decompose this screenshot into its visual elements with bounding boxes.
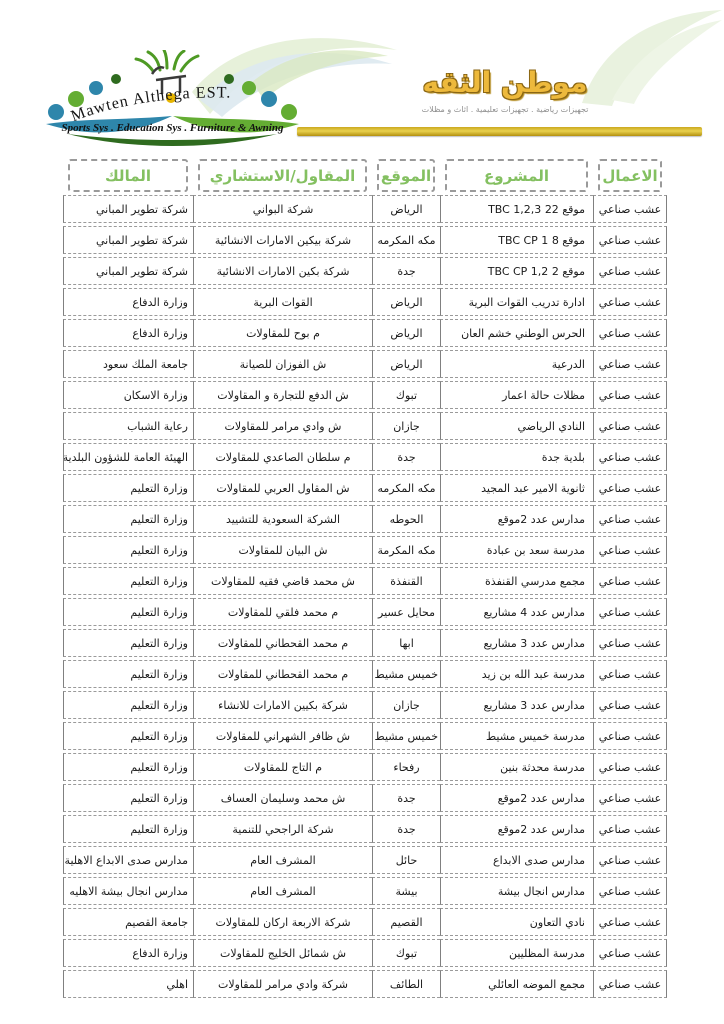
table-row: عشب صناعيادارة تدريب القوات البريةالرياض… bbox=[63, 288, 667, 316]
cell-location: تبوك bbox=[372, 381, 440, 409]
cell-project: مظلات حالة اعمار bbox=[440, 381, 593, 409]
cell-project: مدرسة المظليين bbox=[440, 939, 593, 967]
cell-owner: وزارة التعليم bbox=[63, 536, 193, 564]
cell-project: نادي التعاون bbox=[440, 908, 593, 936]
cell-works: عشب صناعي bbox=[593, 381, 667, 409]
table-row: عشب صناعيموقع 22 TBC 1,2,3الرياضشركة الب… bbox=[63, 195, 667, 223]
cell-owner: وزارة التعليم bbox=[63, 722, 193, 750]
cell-owner: وزارة الدفاع bbox=[63, 288, 193, 316]
table-row: عشب صناعيمجمع الموضه العائليالطائفشركة و… bbox=[63, 970, 667, 998]
cell-contractor: ش الدفع للتجارة و المقاولات bbox=[193, 381, 372, 409]
table-row: عشب صناعيموقع 8 TBC CP 1مكه المكرمهشركة … bbox=[63, 226, 667, 254]
cell-owner: شركة تطوير المباني bbox=[63, 226, 193, 254]
cell-contractor: القوات البرية bbox=[193, 288, 372, 316]
cell-location: خميس مشيط bbox=[372, 722, 440, 750]
table-row: عشب صناعيمدارس انجال بيشةبيشةالمشرف العا… bbox=[63, 877, 667, 905]
cell-owner: وزارة الدفاع bbox=[63, 319, 193, 347]
cell-owner: وزارة الاسكان bbox=[63, 381, 193, 409]
cell-project: مدرسة محدثة بنين bbox=[440, 753, 593, 781]
col-header-owner: المالك bbox=[63, 159, 193, 192]
table-row: عشب صناعيبلدية جدةجدةم سلطان الصاعدي للم… bbox=[63, 443, 667, 471]
cell-location: الطائف bbox=[372, 970, 440, 998]
cell-works: عشب صناعي bbox=[593, 319, 667, 347]
cell-works: عشب صناعي bbox=[593, 598, 667, 626]
cell-location: حائل bbox=[372, 846, 440, 874]
col-header-contractor: المقاول/الاستشاري bbox=[193, 159, 372, 192]
cell-project: مدارس عدد 3 مشاريع bbox=[440, 629, 593, 657]
table-row: عشب صناعيمدرسة المظليينتبوكش شمائل الخلي… bbox=[63, 939, 667, 967]
cell-contractor: ش محمد قاضي فقيه للمقاولات bbox=[193, 567, 372, 595]
table-row: عشب صناعيمدرسة خميس مشيطخميس مشيطش ظافر … bbox=[63, 722, 667, 750]
cell-owner: جامعة الملك سعود bbox=[63, 350, 193, 378]
cell-contractor: المشرف العام bbox=[193, 877, 372, 905]
cell-works: عشب صناعي bbox=[593, 629, 667, 657]
cell-contractor: ش وادي مرامر للمقاولات bbox=[193, 412, 372, 440]
cell-contractor: ش محمد وسليمان العساف bbox=[193, 784, 372, 812]
cell-owner: وزارة التعليم bbox=[63, 784, 193, 812]
cell-project: مدارس انجال بيشة bbox=[440, 877, 593, 905]
projects-table: الاعمال المشروع الموقع المقاول/الاستشاري… bbox=[63, 156, 667, 1001]
cell-owner: وزارة التعليم bbox=[63, 474, 193, 502]
cell-works: عشب صناعي bbox=[593, 846, 667, 874]
cell-owner: وزارة الدفاع bbox=[63, 939, 193, 967]
cell-owner: الهيئة العامة للشؤون البلدية bbox=[63, 443, 193, 471]
table-row: عشب صناعيمدارس عدد 2موقعجدةش محمد وسليما… bbox=[63, 784, 667, 812]
cell-location: مكه المكرمه bbox=[372, 226, 440, 254]
cell-contractor: م محمد القحطاني للمقاولات bbox=[193, 629, 372, 657]
cell-location: جازان bbox=[372, 412, 440, 440]
cell-works: عشب صناعي bbox=[593, 288, 667, 316]
cell-location: الرياض bbox=[372, 350, 440, 378]
cell-contractor: شركة الاربعة اركان للمقاولات bbox=[193, 908, 372, 936]
cell-owner: وزارة التعليم bbox=[63, 567, 193, 595]
cell-project: مدارس عدد 3 مشاريع bbox=[440, 691, 593, 719]
cell-works: عشب صناعي bbox=[593, 474, 667, 502]
cell-owner: مدارس انجال بيشة الاهليه bbox=[63, 877, 193, 905]
cell-project: مدرسة سعد بن عبادة bbox=[440, 536, 593, 564]
cell-owner: اهلي bbox=[63, 970, 193, 998]
cell-project: مجمع الموضه العائلي bbox=[440, 970, 593, 998]
projects-table-body: عشب صناعيموقع 22 TBC 1,2,3الرياضشركة الب… bbox=[63, 195, 667, 998]
cell-location: الرياض bbox=[372, 319, 440, 347]
cell-owner: وزارة التعليم bbox=[63, 629, 193, 657]
cell-location: الرياض bbox=[372, 195, 440, 223]
table-row: عشب صناعينادي التعاونالقصيمشركة الاربعة … bbox=[63, 908, 667, 936]
cell-owner: وزارة التعليم bbox=[63, 660, 193, 688]
cell-contractor: شركة بكيين الامارات للانشاء bbox=[193, 691, 372, 719]
cell-contractor: شركة البواني bbox=[193, 195, 372, 223]
cell-project: الدرعية bbox=[440, 350, 593, 378]
brand-title-ar: موطن الثقه bbox=[330, 66, 680, 99]
cell-works: عشب صناعي bbox=[593, 536, 667, 564]
cell-project: موقع 8 TBC CP 1 bbox=[440, 226, 593, 254]
cell-location: مكه المكرمة bbox=[372, 536, 440, 564]
cell-contractor: م بوح للمقاولات bbox=[193, 319, 372, 347]
cell-works: عشب صناعي bbox=[593, 877, 667, 905]
cell-project: مدارس عدد 2موقع bbox=[440, 815, 593, 843]
cell-contractor: ش شمائل الخليج للمقاولات bbox=[193, 939, 372, 967]
col-header-location: الموقع bbox=[372, 159, 440, 192]
table-row: عشب صناعيمظلات حالة اعمارتبوكش الدفع للت… bbox=[63, 381, 667, 409]
cell-project: بلدية جدة bbox=[440, 443, 593, 471]
cell-contractor: م محمد فلقي للمقاولات bbox=[193, 598, 372, 626]
cell-project: موقع 2 TBC CP 1,2 bbox=[440, 257, 593, 285]
cell-contractor: المشرف العام bbox=[193, 846, 372, 874]
cell-works: عشب صناعي bbox=[593, 567, 667, 595]
table-row: عشب صناعيمدارس صدى الابداعحائلالمشرف الع… bbox=[63, 846, 667, 874]
cell-contractor: ش البيان للمقاولات bbox=[193, 536, 372, 564]
cell-owner: شركة تطوير المباني bbox=[63, 195, 193, 223]
brand-subtitle-ar: تجهيزات رياضية . تجهيزات تعليمية . اثاث … bbox=[330, 105, 680, 114]
col-header-works: الاعمال bbox=[593, 159, 667, 192]
cell-contractor: شركة وادي مرامر للمقاولات bbox=[193, 970, 372, 998]
cell-location: القنفذة bbox=[372, 567, 440, 595]
logo-graphic-icon: Mawten Althega EST. bbox=[40, 50, 305, 150]
cell-location: محايل عسير bbox=[372, 598, 440, 626]
cell-owner: مدارس صدى الابداع الاهلية bbox=[63, 846, 193, 874]
cell-works: عشب صناعي bbox=[593, 753, 667, 781]
cell-works: عشب صناعي bbox=[593, 691, 667, 719]
cell-project: موقع 22 TBC 1,2,3 bbox=[440, 195, 593, 223]
cell-owner: وزارة التعليم bbox=[63, 815, 193, 843]
cell-owner: وزارة التعليم bbox=[63, 598, 193, 626]
cell-project: مدارس صدى الابداع bbox=[440, 846, 593, 874]
cell-works: عشب صناعي bbox=[593, 939, 667, 967]
cell-project: مدارس عدد 2موقع bbox=[440, 784, 593, 812]
cell-works: عشب صناعي bbox=[593, 226, 667, 254]
cell-owner: رعاية الشباب bbox=[63, 412, 193, 440]
cell-project: ثانوية الامير عبد المجيد bbox=[440, 474, 593, 502]
cell-works: عشب صناعي bbox=[593, 970, 667, 998]
cell-project: مدارس عدد 4 مشاريع bbox=[440, 598, 593, 626]
table-row: عشب صناعيمدرسة محدثة بنينرفحاءم التاج لل… bbox=[63, 753, 667, 781]
cell-works: عشب صناعي bbox=[593, 257, 667, 285]
cell-contractor: م سلطان الصاعدي للمقاولات bbox=[193, 443, 372, 471]
col-header-project: المشروع bbox=[440, 159, 593, 192]
cell-project: مدرسة عبد الله بن زيد bbox=[440, 660, 593, 688]
cell-works: عشب صناعي bbox=[593, 660, 667, 688]
cell-owner: شركة تطوير المباني bbox=[63, 257, 193, 285]
cell-contractor: م محمد القحطاني للمقاولات bbox=[193, 660, 372, 688]
cell-location: جدة bbox=[372, 815, 440, 843]
cell-contractor: شركة الراجحي للتنمية bbox=[193, 815, 372, 843]
table-row: عشب صناعيالنادي الرياضيجازانش وادي مرامر… bbox=[63, 412, 667, 440]
cell-project: النادي الرياضي bbox=[440, 412, 593, 440]
cell-owner: جامعة القصيم bbox=[63, 908, 193, 936]
cell-owner: وزارة التعليم bbox=[63, 691, 193, 719]
cell-works: عشب صناعي bbox=[593, 412, 667, 440]
cell-works: عشب صناعي bbox=[593, 195, 667, 223]
cell-owner: وزارة التعليم bbox=[63, 753, 193, 781]
table-row: عشب صناعيمدارس عدد 3 مشاريعابهام محمد ال… bbox=[63, 629, 667, 657]
cell-works: عشب صناعي bbox=[593, 443, 667, 471]
cell-location: رفحاء bbox=[372, 753, 440, 781]
cell-contractor: ش المقاول العربي للمقاولات bbox=[193, 474, 372, 502]
cell-project: ادارة تدريب القوات البرية bbox=[440, 288, 593, 316]
table-row: عشب صناعيثانوية الامير عبد المجيدمكه الم… bbox=[63, 474, 667, 502]
cell-location: جدة bbox=[372, 443, 440, 471]
cell-contractor: شركة بيكين الامارات الانشائية bbox=[193, 226, 372, 254]
cell-contractor: ش ظافر الشهراني للمقاولات bbox=[193, 722, 372, 750]
table-row: عشب صناعيمدارس عدد 2موقعجدةشركة الراجحي … bbox=[63, 815, 667, 843]
cell-works: عشب صناعي bbox=[593, 722, 667, 750]
brand-tagline: Sports Sys . Education Sys . Furniture &… bbox=[40, 122, 305, 134]
cell-location: القصيم bbox=[372, 908, 440, 936]
table-row: عشب صناعيمدارس عدد 2موقعالحوطهالشركة الس… bbox=[63, 505, 667, 533]
table-header-row: الاعمال المشروع الموقع المقاول/الاستشاري… bbox=[63, 159, 667, 192]
cell-location: جدة bbox=[372, 784, 440, 812]
cell-owner: وزارة التعليم bbox=[63, 505, 193, 533]
cell-location: ابها bbox=[372, 629, 440, 657]
cell-location: الحوطه bbox=[372, 505, 440, 533]
cell-location: خميس مشيط bbox=[372, 660, 440, 688]
table-row: عشب صناعيمدرسة سعد بن عبادةمكه المكرمةش … bbox=[63, 536, 667, 564]
cell-works: عشب صناعي bbox=[593, 350, 667, 378]
table-row: عشب صناعيالدرعيةالرياضش الفوزان للصيانةج… bbox=[63, 350, 667, 378]
table-row: عشب صناعيمدارس عدد 3 مشاريعجازانشركة بكي… bbox=[63, 691, 667, 719]
table-row: عشب صناعيمدرسة عبد الله بن زيدخميس مشيطم… bbox=[63, 660, 667, 688]
document-page: Mawten Althega EST. Sports Sys . Educati… bbox=[0, 0, 724, 1024]
cell-location: الرياض bbox=[372, 288, 440, 316]
cell-location: جازان bbox=[372, 691, 440, 719]
cell-project: مجمع مدرسي القنفذة bbox=[440, 567, 593, 595]
cell-location: تبوك bbox=[372, 939, 440, 967]
cell-location: بيشة bbox=[372, 877, 440, 905]
cell-works: عشب صناعي bbox=[593, 908, 667, 936]
cell-works: عشب صناعي bbox=[593, 815, 667, 843]
cell-location: جدة bbox=[372, 257, 440, 285]
cell-location: مكه المكرمه bbox=[372, 474, 440, 502]
table-row: عشب صناعيالحرس الوطني خشم العانالرياضم ب… bbox=[63, 319, 667, 347]
table-row: عشب صناعيمدارس عدد 4 مشاريعمحايل عسيرم م… bbox=[63, 598, 667, 626]
cell-contractor: شركة بكين الامارات الانشائية bbox=[193, 257, 372, 285]
brand-ar-block: موطن الثقه تجهيزات رياضية . تجهيزات تعلي… bbox=[330, 66, 680, 114]
cell-project: الحرس الوطني خشم العان bbox=[440, 319, 593, 347]
cell-works: عشب صناعي bbox=[593, 784, 667, 812]
cell-contractor: الشركة السعودية للتشييد bbox=[193, 505, 372, 533]
table-row: عشب صناعيمجمع مدرسي القنفذةالقنفذةش محمد… bbox=[63, 567, 667, 595]
table-row: عشب صناعيموقع 2 TBC CP 1,2جدةشركة بكين ا… bbox=[63, 257, 667, 285]
cell-works: عشب صناعي bbox=[593, 505, 667, 533]
projects-table-wrap: الاعمال المشروع الموقع المقاول/الاستشاري… bbox=[63, 156, 667, 1001]
cell-project: مدارس عدد 2موقع bbox=[440, 505, 593, 533]
cell-contractor: م التاج للمقاولات bbox=[193, 753, 372, 781]
gold-divider-bar bbox=[297, 127, 702, 136]
cell-contractor: ش الفوزان للصيانة bbox=[193, 350, 372, 378]
cell-project: مدرسة خميس مشيط bbox=[440, 722, 593, 750]
